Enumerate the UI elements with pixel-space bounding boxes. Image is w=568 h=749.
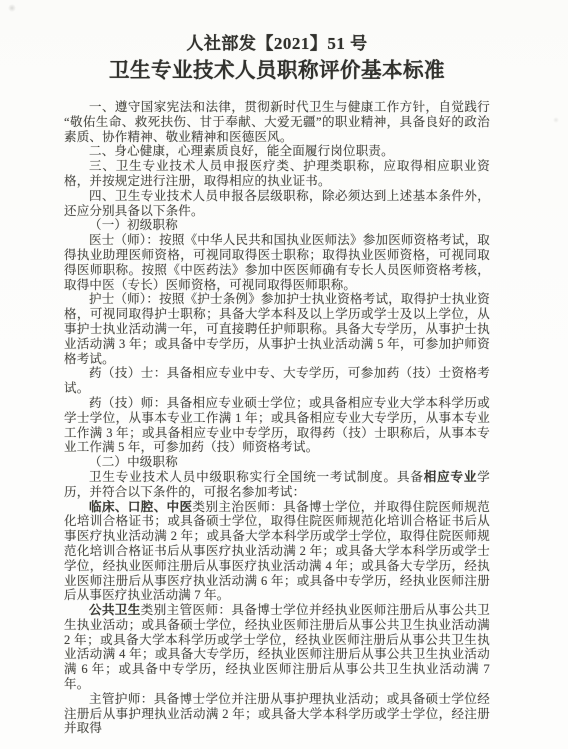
paragraph: 医士（师）：按照《中华人民共和国执业医师法》参加医师资格考试，取得执业助理医师资… xyxy=(64,233,490,292)
emphasis-text: 公共卫生 xyxy=(89,603,141,617)
text-run: 卫生专业技术人员中级职称实行全国统一考试制度。具备 xyxy=(89,470,424,484)
paragraph: 护士（师）：按照《护士条例》参加护士执业资格考试，取得护士执业资格，可视同取得护… xyxy=(64,292,490,366)
text-run: （二）中级职称 xyxy=(89,455,178,469)
text-run: 二、身心健康，心理素质良好，能全面履行岗位职责。 xyxy=(89,144,394,158)
paragraph: 卫生专业技术人员中级职称实行全国统一考试制度。具备相应专业学历，并符合以下条件的… xyxy=(64,470,490,500)
document-content: 人社部发【2021】51 号 卫生专业技术人员职称评价基本标准 一、遵守国家宪法… xyxy=(64,33,490,736)
paragraph: 主管护师：具备博士学位并注册从事护理执业活动；或具备硕士学位经注册后从事护理执业… xyxy=(64,692,490,736)
emphasis-text: 相应专业 xyxy=(424,470,478,484)
text-run: 护士（师）：按照《护士条例》参加护士执业资格考试，取得护士执业资格，可视同取得护… xyxy=(64,292,490,365)
document-body: 一、遵守国家宪法和法律，贯彻新时代卫生与健康工作方针，自觉践行“敬佑生命、救死扶… xyxy=(64,100,490,736)
paragraph: 一、遵守国家宪法和法律，贯彻新时代卫生与健康工作方针，自觉践行“敬佑生命、救死扶… xyxy=(64,100,490,144)
paragraph: （二）中级职称 xyxy=(64,455,490,470)
paragraph: 公共卫生类别主管医师：具备博士学位并经执业医师注册后从事公共卫生执业活动；或具备… xyxy=(64,603,490,692)
scanned-document-page: 人社部发【2021】51 号 卫生专业技术人员职称评价基本标准 一、遵守国家宪法… xyxy=(0,0,568,749)
text-run: 三、卫生专业技术人员申报医疗类、护理类职称，应取得相应职业资格，并按规定进行注册… xyxy=(64,159,490,188)
paragraph: 临床、口腔、中医类别主治医师：具备博士学位，并取得住院医师规范化培训合格证书；或… xyxy=(64,500,490,604)
text-run: 类别主治医师：具备博士学位，并取得住院医师规范化培训合格证书；或具备硕士学位，取… xyxy=(64,500,490,603)
paragraph: 二、身心健康，心理素质良好，能全面履行岗位职责。 xyxy=(64,144,490,159)
document-title: 卫生专业技术人员职称评价基本标准 xyxy=(64,58,490,84)
text-run: （一）初级职称 xyxy=(89,218,178,232)
paragraph: （一）初级职称 xyxy=(64,218,490,233)
text-run: 一、遵守国家宪法和法律，贯彻新时代卫生与健康工作方针，自觉践行“敬佑生命、救死扶… xyxy=(64,100,490,144)
text-run: 药（技）师：具备相应专业硕士学位；或具备相应专业大学本科学历或学士学位，从事本专… xyxy=(64,396,490,454)
text-run: 四、卫生专业技术人员申报各层级职称，除必须达到上述基本条件外，还应分别具备以下条… xyxy=(64,189,490,218)
paragraph: 药（技）师：具备相应专业硕士学位；或具备相应专业大学本科学历或学士学位，从事本专… xyxy=(64,396,490,455)
emphasis-text: 临床、口腔、中医 xyxy=(89,500,193,514)
document-number: 人社部发【2021】51 号 xyxy=(64,33,490,55)
text-run: 药（技）士：具备相应专业中专、大专学历，可参加药（技）士资格考试。 xyxy=(64,366,490,395)
paragraph: 三、卫生专业技术人员申报医疗类、护理类职称，应取得相应职业资格，并按规定进行注册… xyxy=(64,159,490,189)
paragraph: 药（技）士：具备相应专业中专、大专学历，可参加药（技）士资格考试。 xyxy=(64,366,490,396)
text-run: 主管护师：具备博士学位并注册从事护理执业活动；或具备硕士学位经注册后从事护理执业… xyxy=(64,692,490,736)
paragraph: 四、卫生专业技术人员申报各层级职称，除必须达到上述基本条件外，还应分别具备以下条… xyxy=(64,189,490,219)
text-run: 医士（师）：按照《中华人民共和国执业医师法》参加医师资格考试，取得执业助理医师资… xyxy=(64,233,490,291)
